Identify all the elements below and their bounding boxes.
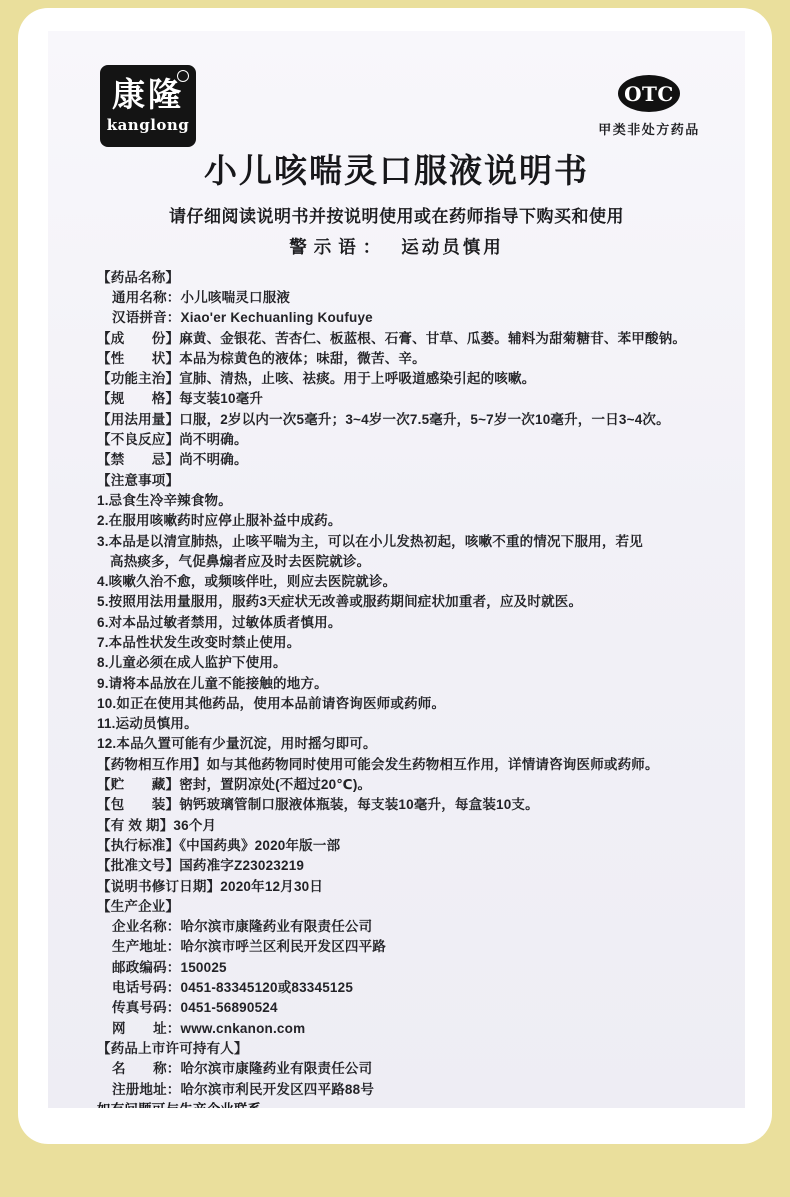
doc-line: 【有 效 期】36个月 (97, 816, 725, 836)
doc-line: 1.忌食生冷辛辣食物。 (97, 491, 725, 511)
doc-line: 【药品名称】 (97, 268, 725, 288)
doc-line: 3.本品是以清宣肺热，止咳平喘为主，可以在小儿发热初起，咳嗽不重的情况下服用，若… (97, 532, 725, 552)
doc-line: 【说明书修订日期】2020年12月30日 (97, 877, 725, 897)
doc-line: 11.运动员慎用。 (97, 714, 725, 734)
doc-line: 5.按照用法用量服用，服药3天症状无改善或服药期间症状加重者，应及时就医。 (97, 592, 725, 612)
otc-category-label: 甲类非处方药品 (593, 119, 705, 138)
doc-line: 9.请将本品放在儿童不能接触的地方。 (97, 674, 725, 694)
doc-line: 如有问题可与生产企业联系 (97, 1100, 725, 1108)
doc-line: 邮政编码：150025 (97, 958, 725, 978)
otc-icon: OTC (618, 75, 680, 112)
page-background: { "colors": { "page_background": "#eadf9… (0, 0, 790, 1197)
doc-line: 注册地址：哈尔滨市利民开发区四平路88号 (97, 1080, 725, 1100)
doc-line: 【生产企业】 (97, 897, 725, 917)
doc-line: 【药品上市许可持有人】 (97, 1039, 725, 1059)
doc-line: 汉语拼音：Xiao'er Kechuanling Koufuye (97, 308, 725, 328)
kanglong-logo: 康隆 kanglong (100, 65, 196, 147)
doc-line: 10.如正在使用其他药品，使用本品前请咨询医师或药师。 (97, 694, 725, 714)
doc-line: 【用法用量】口服，2岁以内一次5毫升；3~4岁一次7.5毫升，5~7岁一次10毫… (97, 410, 725, 430)
doc-line: 【成 份】麻黄、金银花、苦杏仁、板蓝根、石膏、甘草、瓜蒌。辅料为甜菊糖苷、苯甲酸… (97, 329, 725, 349)
doc-line: 【包 装】钠钙玻璃管制口服液体瓶装，每支装10毫升，每盒装10支。 (97, 795, 725, 815)
doc-line: 【执行标准】《中国药典》2020年版一部 (97, 836, 725, 856)
doc-line: 8.儿童必须在成人监护下使用。 (97, 653, 725, 673)
doc-line: 电话号码：0451-83345120或83345125 (97, 978, 725, 998)
doc-line: 名 称：哈尔滨市康隆药业有限责任公司 (97, 1059, 725, 1079)
product-photo-card: 康隆 kanglong OTC 甲类非处方药品 小儿咳喘灵口服液说明书 请仔细阅… (18, 8, 772, 1144)
doc-line: 【规 格】每支装10毫升 (97, 389, 725, 409)
doc-line: 2.在服用咳嗽药时应停止服补益中成药。 (97, 511, 725, 531)
leaflet-body: 【药品名称】通用名称：小儿咳喘灵口服液汉语拼音：Xiao'er Kechuanl… (48, 268, 745, 1108)
doc-line: 【功能主治】宣肺、清热，止咳、祛痰。用于上呼吸道感染引起的咳嗽。 (97, 369, 725, 389)
instruction-leaflet: 康隆 kanglong OTC 甲类非处方药品 小儿咳喘灵口服液说明书 请仔细阅… (48, 31, 745, 1108)
doc-line: 【贮 藏】密封，置阴凉处(不超过20℃)。 (97, 775, 725, 795)
doc-line: 【性 状】本品为棕黄色的液体；味甜，微苦、辛。 (97, 349, 725, 369)
doc-line: 6.对本品过敏者禁用，过敏体质者慎用。 (97, 613, 725, 633)
warning-line: 警示语：运动员慎用 (48, 234, 745, 259)
doc-line: 12.本品久置可能有少量沉淀，用时摇匀即可。 (97, 734, 725, 754)
warning-label: 警示语： (289, 237, 387, 257)
doc-line: 【不良反应】尚不明确。 (97, 430, 725, 450)
doc-line: 【禁 忌】尚不明确。 (97, 450, 725, 470)
doc-line: 7.本品性状发生改变时禁止使用。 (97, 633, 725, 653)
otc-badge: OTC 甲类非处方药品 (593, 75, 705, 138)
warning-text: 运动员慎用 (401, 237, 504, 257)
doc-line: 通用名称：小儿咳喘灵口服液 (97, 288, 725, 308)
doc-line: 企业名称：哈尔滨市康隆药业有限责任公司 (97, 917, 725, 937)
doc-line: 【批准文号】国药准字Z23023219 (97, 856, 725, 876)
doc-line: 【注意事项】 (97, 471, 725, 491)
leaflet-subtitle: 请仔细阅读说明书并按说明使用或在药师指导下购买和使用 (48, 202, 745, 227)
doc-line: 4.咳嗽久治不愈，或频咳伴吐，则应去医院就诊。 (97, 572, 725, 592)
doc-line: 生产地址：哈尔滨市呼兰区利民开发区四平路 (97, 937, 725, 957)
brand-name-pinyin: kanglong (100, 118, 196, 133)
doc-line: 高热痰多，气促鼻煽者应及时去医院就诊。 (97, 552, 725, 572)
doc-line: 传真号码：0451-56890524 (97, 998, 725, 1018)
registered-trademark-icon (177, 70, 189, 82)
doc-line: 网 址：www.cnkanon.com (97, 1019, 725, 1039)
otc-label: OTC (624, 82, 674, 106)
doc-line: 【药物相互作用】如与其他药物同时使用可能会发生药物相互作用，详情请咨询医师或药师… (97, 755, 725, 775)
